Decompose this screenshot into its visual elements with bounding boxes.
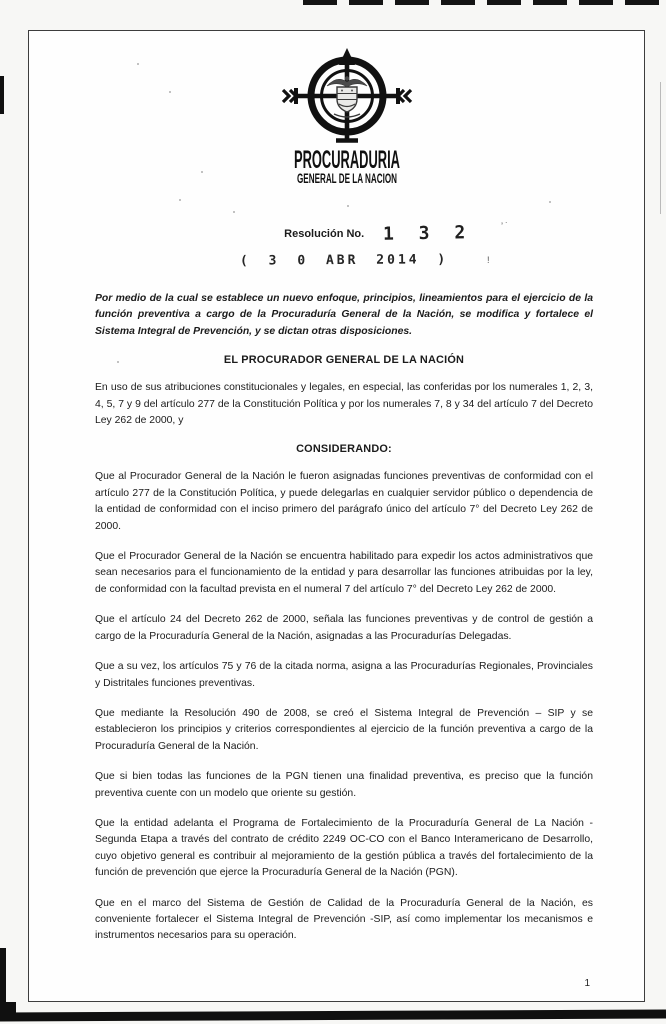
considering-heading: CONSIDERANDO: [95,443,593,455]
considering-paragraph: Que al Procurador General de la Nación l… [95,469,593,535]
scan-speckle [169,91,171,93]
resolution-number-line: Resolución No. 1 3 2 [129,223,627,244]
page-number: 1 [584,978,590,989]
scan-artifact-right-faint-line [660,82,661,214]
scan-speckle [137,63,139,65]
scan-speckle [347,205,349,207]
scan-speckle [233,211,235,213]
logo-block: PROCURADURIA GENERAL DE LA NACION [101,47,593,189]
considering-paragraph: Que en el marco del Sistema de Gestión d… [95,896,593,945]
scan-artifact-left-edge-mark [0,76,4,114]
logo-wordmark-line2: GENERAL DE LA NACION [297,171,397,186]
scan-artifact-left-bottom-mark [0,948,6,1010]
powers-paragraph: En uso de sus atribuciones constituciona… [95,380,593,429]
scan-artifact-top-dashed-line [303,0,666,5]
considering-paragraph: Que a su vez, los artículos 75 y 76 de l… [95,659,593,692]
scan-speckle [117,361,119,363]
scan-artifact-bottom-edge [0,1010,666,1022]
scan-speckle [179,199,181,201]
considering-paragraph: Que mediante la Resolución 490 de 2008, … [95,706,593,755]
subject-paragraph: Por medio de la cual se establece un nue… [95,291,593,340]
date-line: ( 3 0 ABR 2014 ) [95,251,593,269]
issuer-heading: EL PROCURADOR GENERAL DE LA NACIÓN [95,354,593,366]
logo-wordmark-line1: PROCURADURIA [294,146,400,174]
procuraduria-emblem-icon: PROCURADURIA GENERAL DE LA NACION [281,47,413,189]
considering-paragraph: Que el Procurador General de la Nación s… [95,549,593,598]
scan-speckle [201,171,203,173]
date-stamp: ( 3 0 ABR 2014 ) [240,252,448,268]
considering-paragraph: Que si bien todas las funciones de la PG… [95,769,593,802]
scan-speckle [549,201,551,203]
document-page: PROCURADURIA GENERAL DE LA NACION Resolu… [28,30,645,1002]
scan-stray-mark [487,255,490,265]
scanned-document-background: { "colors": { "ink": "#1b1b1b", "paper":… [0,0,666,1024]
resolution-number-stamp: 1 3 2 [382,222,472,245]
resolution-label: Resolución No. [284,228,364,240]
considering-paragraph: Que la entidad adelanta el Programa de F… [95,816,593,882]
considering-paragraph: Que el artículo 24 del Decreto 262 de 20… [95,612,593,645]
